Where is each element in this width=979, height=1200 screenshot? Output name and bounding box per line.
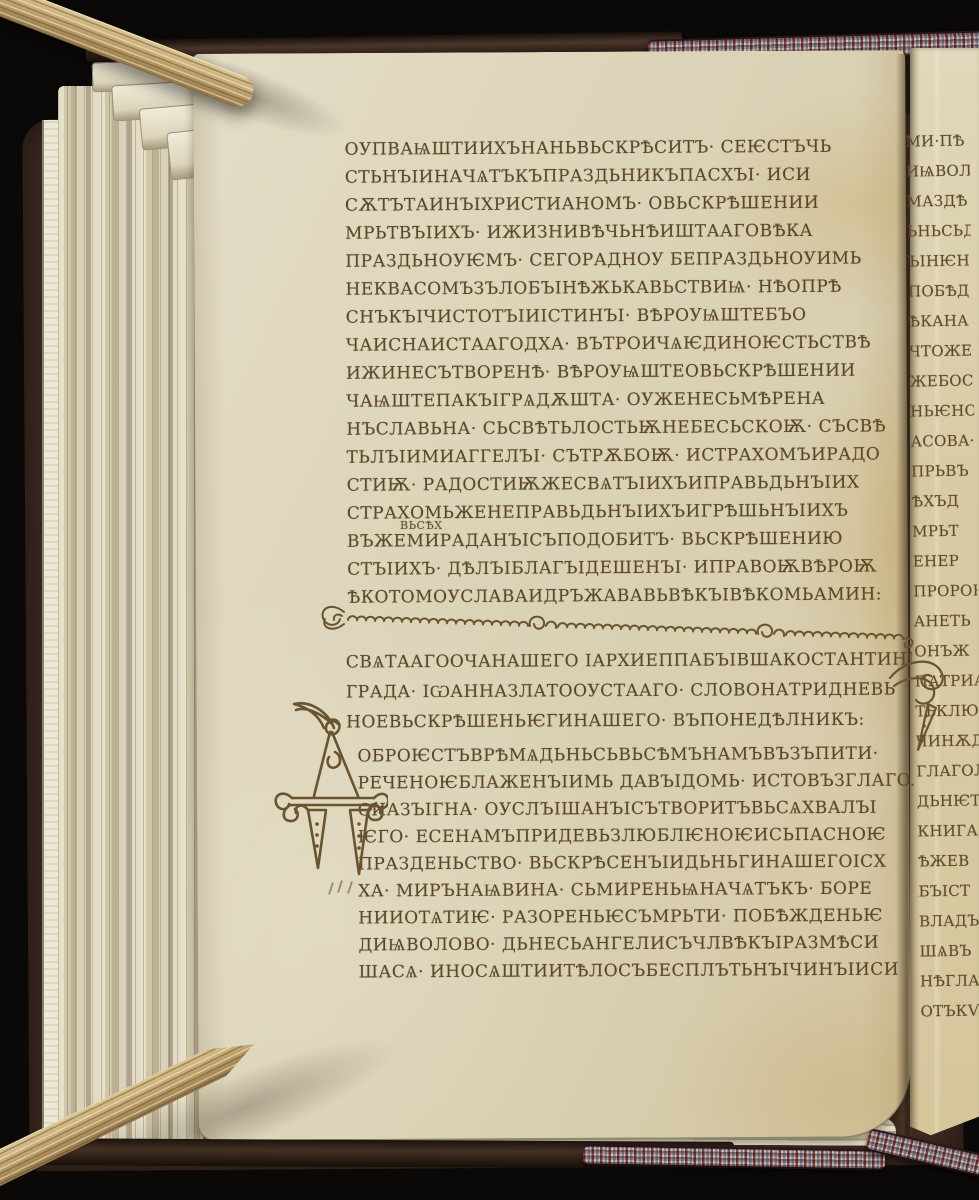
text-line: ИЖИНЕСЪТВОРЕНѢ· ВѢРОУѨШТЕОВЬСКРѢШЕНИИ — [346, 356, 912, 387]
marginal-flourish — [884, 652, 954, 756]
fragment-line: ОТЪКѴ — [920, 995, 979, 1026]
fragment-line: ѢКАНА — [908, 305, 973, 336]
text-line: ХА· МИРЪНАѨВИНА· СЬМИРЕНЬѨНАЧѦТЪКЪ· БОРЕ — [358, 876, 914, 906]
parchment-leaf-edges-left — [58, 86, 204, 1142]
fragment-line: НЬѤНО — [910, 395, 975, 426]
fragment-line: МРЬТ — [912, 515, 977, 546]
text-line: ПРАЗДЕНЬСТВО· ВЬСКРѢСЕНЪІИДЬНЬГИНАШЕГОІС… — [358, 849, 914, 879]
fragment-line: МАЗДѢ — [906, 186, 971, 217]
interlinear-gloss: ВЬСѢХ — [400, 519, 443, 532]
text-line: ОУПВАѨШТИИХЪНАНЬВЬСКРѢСИТЪ· СЕѤСТЪЧЬ — [345, 132, 911, 163]
fragment-line: НѢГЛА — [920, 965, 979, 996]
text-line: СТИѬ· РАДОСТИѬЖЕСВѦТЪІИХЪИПРАВЬДЬНЪІИХ — [347, 468, 913, 499]
fragment-line: КНИГА — [917, 815, 979, 846]
text-line: НЕКВАСОМЪЗЪЛОБЪІНѢЖЬКАВЬСТВИѨ· НѢОПРѢ — [345, 272, 911, 303]
text-block-2: ОБРОѤСТЪВРѢМѦДЬНЬСЬВЬСѢМЪНАМЪВЪЗЪПИТИ·РЕ… — [357, 741, 914, 987]
fragment-line: ЪІНѤН — [907, 245, 972, 276]
fragment-line: ЧТОЖЕ — [909, 335, 974, 366]
fragment-line: БЪІСТ — [918, 875, 979, 906]
text-block-1: ОУПВАѨШТИИХЪНАНЬВЬСКРѢСИТЪ· СЕѤСТЪЧЬСТЬН… — [345, 132, 914, 611]
fragment-line: АСОВА· — [910, 425, 975, 456]
text-line: ЧАИСНАИСТААГОДХА· ВЪТРОИЧѦѤДИНОѤСТЬСТВѢ — [346, 328, 912, 359]
text-line: ОБРОѤСТЪВРѢМѦДЬНЬСЬВЬСѢМЪНАМЪВЪЗЪПИТИ· — [357, 741, 913, 771]
text-line: ТЬЛЪІИМИАГГЕЛЪІ· СЪТРѪБОѬ· ИСТРАХОМЪИРАД… — [346, 440, 912, 471]
text-line: ШАСѦ· ИНОСѦШТИИТѢЛОСЪБЕСПЛЪТЬНЪІЧИНЪІИСИ — [358, 957, 914, 987]
text-line: ЧАѨШТЕПАКЪІГРѦДѪШТА· ОУЖЕНЕСЬМѢРЕНА — [346, 384, 912, 415]
text-line: СНЪКЪІЧИСТОТЪІИІСТИНЪІ· ВѢРОУѨШТЕБЪО — [346, 300, 912, 331]
homily-heading: СВѦТААГООЧАНАШЕГО ІАРХИЕППАБЪІВШАКОСТАНТ… — [346, 645, 912, 738]
text-line: НЪСЛАВЬНА· СЬСВѢТЬЛОСТЬѬНЕБЕСЬСКОѬ· СЪСВ… — [346, 412, 912, 443]
fragment-line: ЬНЬСЬД — [907, 215, 972, 246]
text-line: СИАЗЪІГНА· ОУСЛЪІШАНЪІСЪТВОРИТЪВЬСѦХВАЛЪ… — [358, 795, 914, 825]
heading-line: СВѦТААГООЧАНАШЕГО ІАРХИЕППАБЪІВШАКОСТАНТ… — [346, 645, 912, 678]
fragment-line: ЕНЕР — [912, 545, 977, 576]
fragment-line: ВЛАДЪ — [919, 905, 979, 936]
text-line: ѤГО· ЕСЕНАМЪПРИДЕВЬЗЛЮБЛѤНОѤИСЬПАСНОѤ — [358, 822, 914, 852]
text-line: НИИОТѦТИѤ· РАЗОРЕНЬѤСЪМРЬТИ· ПОБѢЖДЕНЬѤ — [358, 903, 914, 933]
fragment-line: ИѨВОЛО — [906, 156, 971, 187]
margin-pen-marks — [330, 880, 360, 900]
fragment-line: ШѦВЪ — [919, 935, 979, 966]
text-line: СѪТЪТАИНЪІХРИСТИАНОМЪ· ОВЬСКРѢШЕНИИ — [345, 188, 911, 219]
section-divider-ornament — [318, 602, 924, 648]
fragment-line: ѢЖЕВ — [918, 845, 979, 876]
text-line: СТЪІИХЪ· ДѢЛЪІБЛАГЪІДЕШЕНЪІ· ИПРАВОѬВѢРО… — [347, 552, 913, 583]
fragment-line: ГЛАГОЛА — [916, 755, 979, 786]
text-line: МРЬТВЪІИХЪ· ИЖИЗНИВѢЧЬНѢИШТААГОВѢКА — [345, 216, 911, 247]
fragment-line: МИ·ПѢ — [905, 126, 970, 157]
text-line: ПРАЗДЬНОУѤМЪ· СЕГОРАДНОУ БЕПРАЗДЬНОУИМЬ — [345, 244, 911, 275]
fragment-line: ЖЕБОС — [909, 365, 974, 396]
fragment-line: ДЬНѤТ — [917, 785, 979, 816]
text-line: РЕЧЕНОѤБЛАЖЕНЪІИМЬ ДАВЪІДОМЬ· ИСТОВЪЗГЛА… — [358, 768, 914, 798]
fragment-line: ПРЬВЪ — [911, 455, 976, 486]
text-line: СТЬНЪІИНАЧѦТЪКЪПРАЗДЬНИКЪПАСХЪІ· ИСИ — [345, 160, 911, 191]
heading-line: НОЕВЬСКРѢШЕНЬѤГИНАШЕГО· ВЪПОНЕДѢЛНИКЪ: — [346, 705, 912, 738]
fragment-line: ПОБѢД — [908, 275, 973, 306]
fragment-line: ѢХЪД — [911, 485, 976, 516]
heading-line: ГРАДА· ІѠАННАЗЛАТООУСТААГО· СЛОВОНАТРИДН… — [346, 675, 912, 708]
text-line: ДИѨВОЛОВО· ДЬНЕСЬАНГЕЛИСЪЧЛВѢКЪІРАЗМѢСИ — [358, 930, 914, 960]
ornamental-initial-D — [272, 698, 388, 882]
